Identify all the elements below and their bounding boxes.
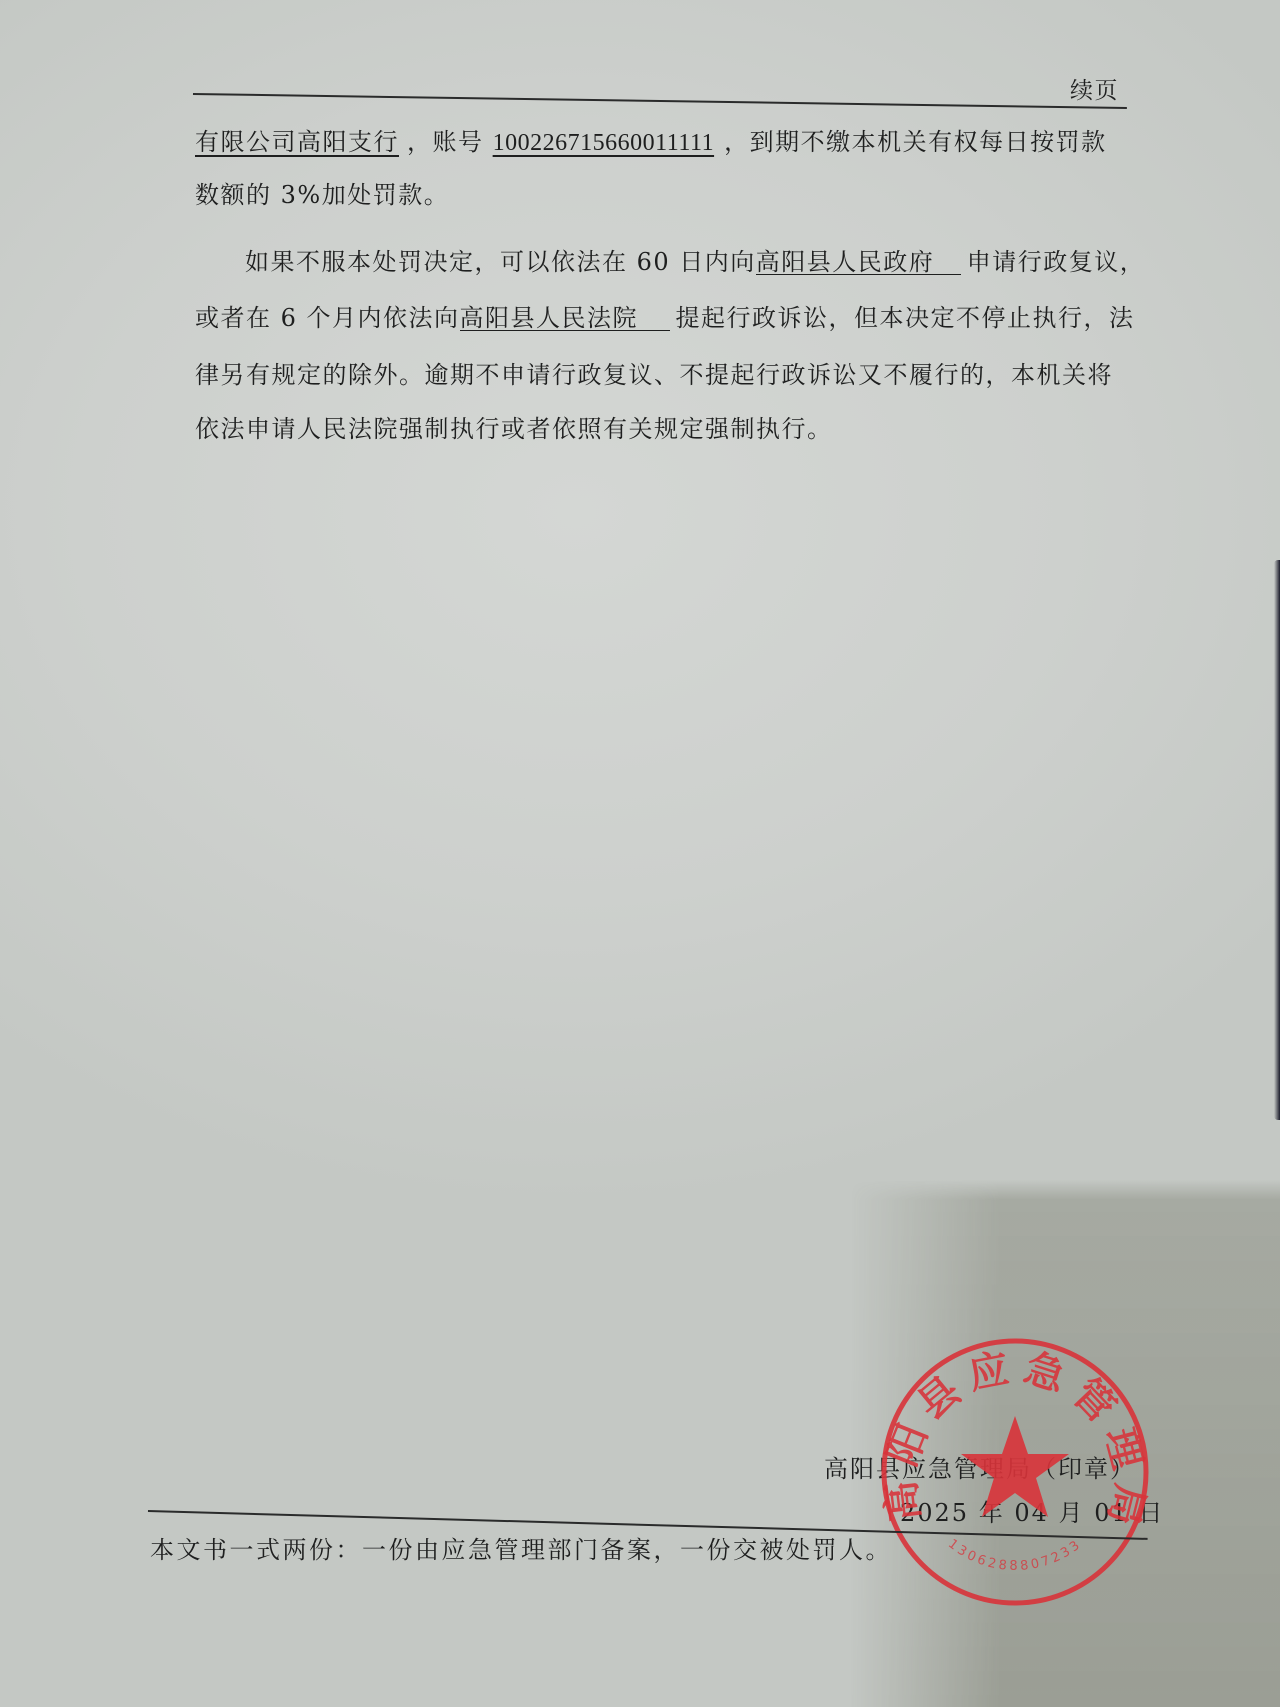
- body-line-1: 有限公司高阳支行，账号 100226715660011111，到期不缴本机关有权…: [195, 127, 1107, 158]
- date-month: 04: [1014, 1499, 1049, 1527]
- issue-date: 2025 年 04 月 01 日: [900, 1493, 1164, 1528]
- account-number: 100226715660011111: [493, 130, 714, 156]
- review-authority-blank: 高阳县人民政府: [756, 247, 961, 275]
- date-day-unit: 日: [1138, 1499, 1164, 1527]
- appeal-line-4: 依法申请人民法院强制执行或者依照有关规定强制执行。: [195, 414, 833, 444]
- appeal-line-3: 律另有规定的除外。逾期不申请行政复议、不提起行政诉讼又不履行的，本机关将: [195, 360, 1113, 390]
- lawsuit-text-post: 提起行政诉讼，但本决定不停止执行，法: [676, 304, 1135, 332]
- body-line-2: 数额的 3%加处罚款。: [195, 180, 449, 210]
- appeal-line-1: 如果不服本处罚决定，可以依法在 60 日内向高阳县人民政府申请行政复议，: [245, 247, 1145, 277]
- issuer-signature: 高阳县应急管理局（印章）: [824, 1449, 1136, 1484]
- date-month-unit: 月: [1059, 1499, 1085, 1527]
- lawsuit-text: 或者在 6 个月内依法向: [195, 304, 460, 332]
- appeal-line-2: 或者在 6 个月内依法向高阳县人民法院提起行政诉讼，但本决定不停止执行，法: [195, 303, 1135, 333]
- review-authority: 高阳县人民政府: [756, 248, 935, 276]
- date-year-unit: 年: [979, 1499, 1005, 1527]
- court-name: 高阳县人民法院: [460, 304, 639, 332]
- footer-note: 本文书一式两份：一份由应急管理部门备案，一份交被处罚人。: [150, 1535, 892, 1565]
- account-label: ，账号: [407, 128, 484, 156]
- court-blank: 高阳县人民法院: [460, 303, 670, 331]
- bank-name: 有限公司高阳支行: [195, 128, 399, 156]
- date-day: 01: [1094, 1499, 1129, 1527]
- appeal-text: 如果不服本处罚决定，可以依法在 60 日内向: [245, 248, 756, 276]
- continuation-label: 续页: [1070, 76, 1119, 106]
- paper-edge: [1274, 560, 1280, 1120]
- body-line-1-rest: ，到期不缴本机关有权每日按罚款: [724, 128, 1107, 156]
- date-year: 2025: [900, 1499, 969, 1527]
- appeal-text-post: 申请行政复议，: [967, 248, 1146, 276]
